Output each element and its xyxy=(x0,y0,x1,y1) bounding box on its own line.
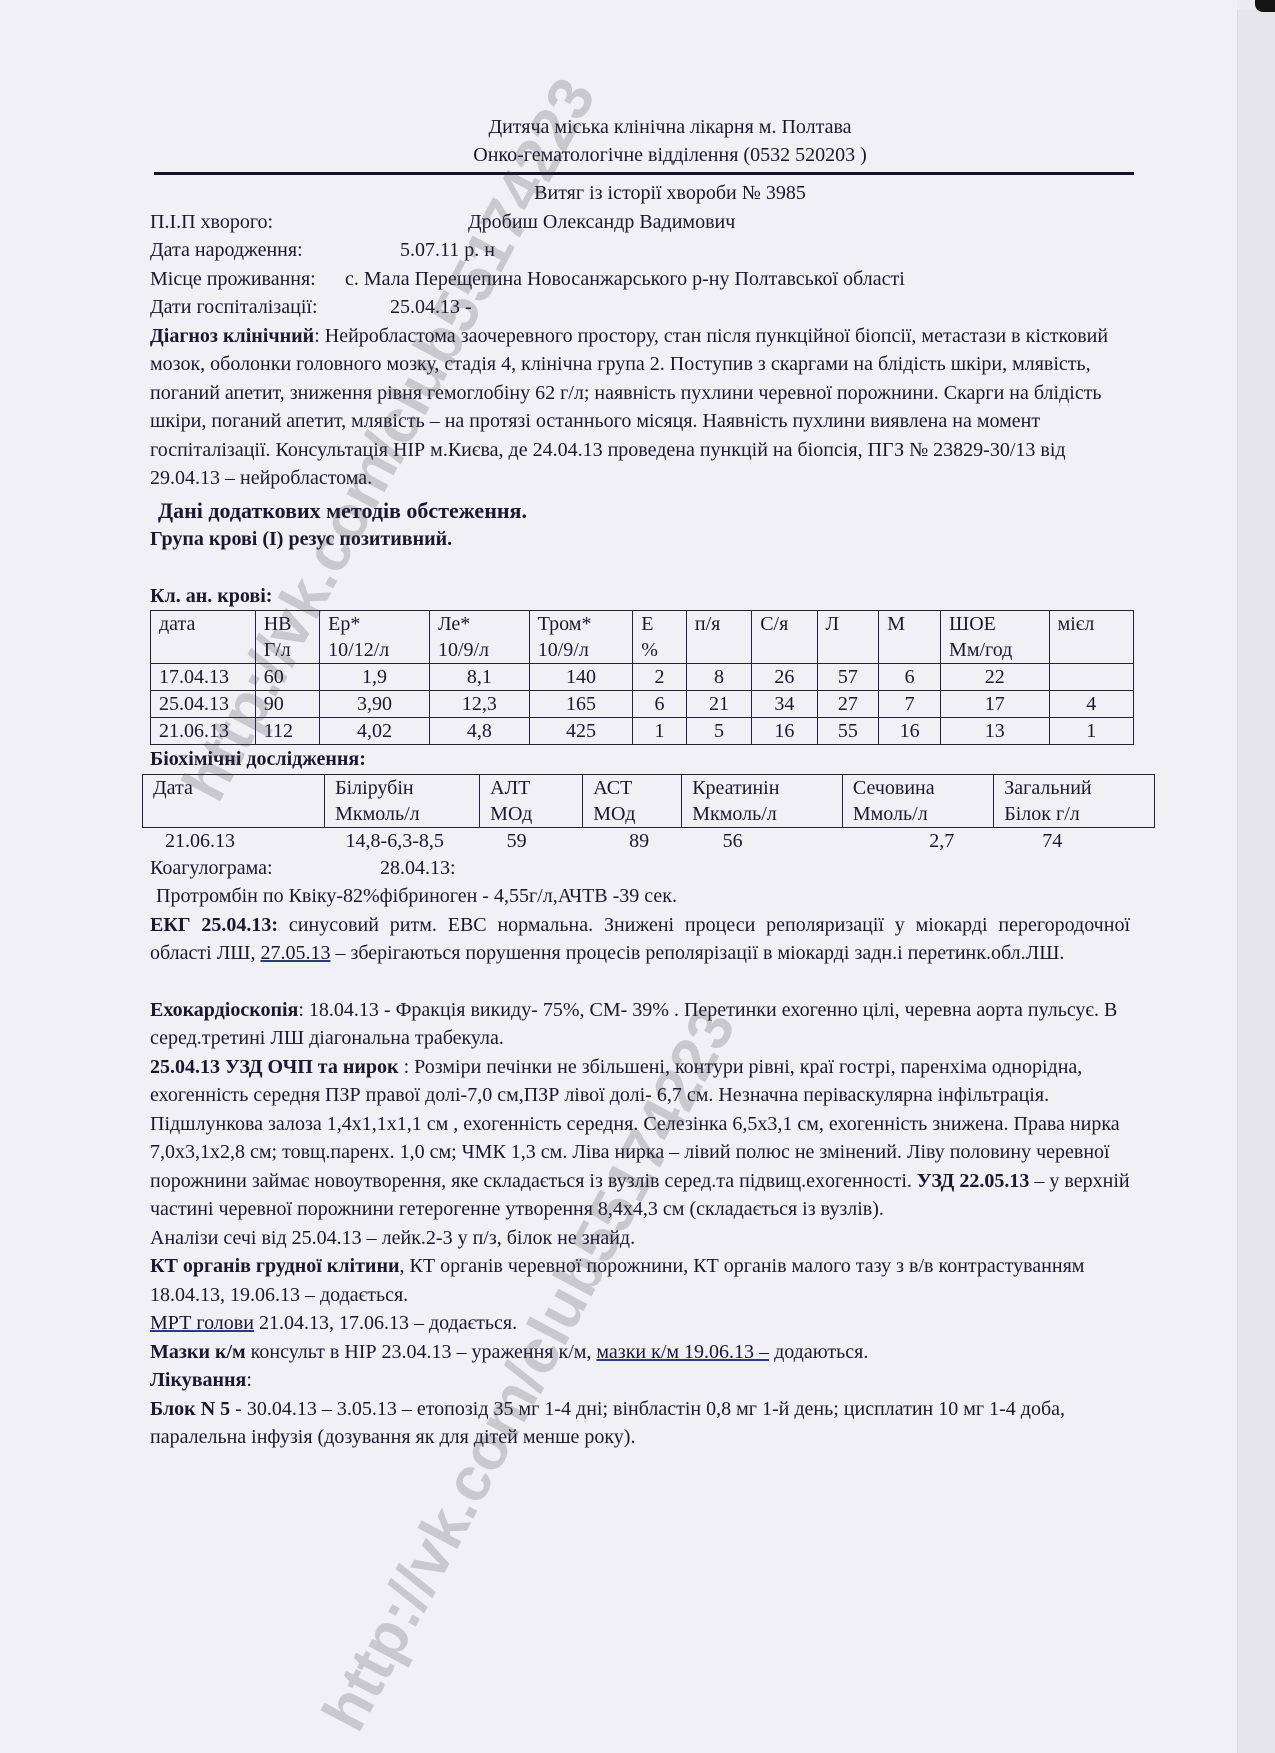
cbc-cell: 112 xyxy=(255,718,319,745)
cbc-cell: 4,02 xyxy=(320,718,430,745)
biochem-value: 59 xyxy=(497,828,600,854)
cbc-cell: 2 xyxy=(633,664,687,691)
cbc-cell: 1,9 xyxy=(320,664,430,691)
echocardioscopy: Ехокардіоскопія: 18.04.13 - Фракція вики… xyxy=(150,996,1130,1053)
cbc-cell: 5 xyxy=(686,718,751,745)
patient-name-row: П.І.П хворого: Дробиш Олександр Вадимови… xyxy=(150,208,1130,237)
treatment-block: Блок N 5 - 30.04.13 – 3.05.13 – етопозід… xyxy=(150,1395,1130,1452)
cbc-cell: 425 xyxy=(529,718,632,745)
cbc-row: 21.06.131124,024,842515165516131 xyxy=(151,718,1134,745)
cbc-cell: 1 xyxy=(633,718,687,745)
scanner-corner xyxy=(1255,0,1275,12)
treatment-heading: Лікування: xyxy=(150,1366,1130,1395)
medical-record: Дитяча міська клінічна лікарня м. Полтав… xyxy=(150,0,1130,1452)
cbc-header-cell: HBГ/л xyxy=(255,611,319,664)
biochem-value: 89 xyxy=(599,828,687,854)
hospitalization-row: Дати госпіталізації: 25.04.13 - xyxy=(150,293,1130,322)
hospitalization-date: 25.04.13 - xyxy=(390,293,472,322)
cbc-cell: 1 xyxy=(1049,718,1133,745)
biochem-value: 2,7 xyxy=(854,828,1002,854)
cbc-cell: 55 xyxy=(817,718,879,745)
cbc-header-cell: Ле*10/9/л xyxy=(429,611,529,664)
cbc-cell: 12,3 xyxy=(429,691,529,718)
echo-label: Ехокардіоскопія xyxy=(150,999,298,1021)
scanner-edge xyxy=(1237,10,1275,1753)
cbc-cell: 7 xyxy=(879,691,941,718)
cbc-header-cell: дата xyxy=(151,611,256,664)
cbc-header-cell: ШОЕМм/год xyxy=(941,611,1050,664)
biochem-header-cell: СечовинаМмоль/л xyxy=(842,774,993,827)
biochem-table: ДатаБілірубінМкмоль/лАЛТМОдАСТМОдКреатин… xyxy=(142,774,1155,828)
cbc-header-cell: мієл xyxy=(1049,611,1133,664)
ultrasound: 25.04.13 УЗД ОЧП та нирок : Розміри печі… xyxy=(150,1053,1130,1224)
header-rule xyxy=(154,172,1134,175)
cbc-cell: 60 xyxy=(255,664,319,691)
cbc-cell: 17 xyxy=(941,691,1050,718)
hospital-name: Дитяча міська клінічна лікарня м. Полтав… xyxy=(210,113,1130,141)
cbc-cell: 13 xyxy=(941,718,1050,745)
usg-label: 25.04.13 УЗД ОЧП та нирок xyxy=(150,1056,399,1078)
biochem-header-cell: БілірубінМкмоль/л xyxy=(325,774,480,827)
cbc-row: 17.04.13601,98,1140282657622 xyxy=(151,664,1134,691)
biochem-header-cell: КреатинінМкмоль/л xyxy=(682,774,843,827)
cbc-cell: 90 xyxy=(255,691,319,718)
cbc-table: датаHBГ/лЕр*10/12/лЛе*10/9/лТром*10/9/лЕ… xyxy=(150,610,1134,745)
cbc-cell: 8,1 xyxy=(429,664,529,691)
birth-row: Дата народження: 5.07.11 р. н xyxy=(150,236,1130,265)
cbc-cell: 16 xyxy=(879,718,941,745)
cbc-header-cell: Тром*10/9/л xyxy=(529,611,632,664)
cbc-cell: 27 xyxy=(817,691,879,718)
cbc-header-cell: Ер*10/12/л xyxy=(320,611,430,664)
bone-marrow-smears: Мазки к/м консульт в НІР 23.04.13 – ураж… xyxy=(150,1338,1130,1367)
cbc-cell: 4 xyxy=(1049,691,1133,718)
biochem-header-cell: АЛТМОд xyxy=(480,774,583,827)
cbc-cell: 16 xyxy=(752,718,817,745)
cbc-cell: 8 xyxy=(686,664,751,691)
cbc-header-row: датаHBГ/лЕр*10/12/лЛе*10/9/лТром*10/9/лЕ… xyxy=(151,611,1134,664)
residence-label: Місце проживання: xyxy=(150,265,345,294)
cbc-cell: 6 xyxy=(633,691,687,718)
biochem-header-cell: Дата xyxy=(143,774,325,827)
cbc-cell: 140 xyxy=(529,664,632,691)
coag-date: 28.04.13: xyxy=(380,854,456,883)
residence-row: Місце проживання: с. Мала Перещепина Нов… xyxy=(150,265,1130,294)
biochem-title: Біохімічні дослідження: xyxy=(150,745,1130,774)
department-name: Онко-гематологічне відділення (0532 5202… xyxy=(210,141,1130,169)
patient-name: Дробиш Олександр Вадимович xyxy=(468,208,735,237)
cbc-cell: 165 xyxy=(529,691,632,718)
biochem-values-row: 21.06.1314,8-6,3-8,55989562,774 xyxy=(150,828,1130,854)
patient-name-label: П.І.П хворого: xyxy=(150,208,468,237)
cbc-cell: 6 xyxy=(879,664,941,691)
cbc-header-cell: С/я xyxy=(752,611,817,664)
ecg: ЕКГ 25.04.13: синусовий ритм. ЕВС нормал… xyxy=(150,911,1130,968)
cbc-header-cell: Л xyxy=(817,611,879,664)
cbc-cell: 34 xyxy=(752,691,817,718)
diagnosis-label: Діагноз клінічний xyxy=(150,325,314,347)
cbc-cell: 4,8 xyxy=(429,718,529,745)
mri: МРТ голови 21.04.13, 17.06.13 – додаєтьс… xyxy=(150,1309,1130,1338)
cbc-cell: 25.04.13 xyxy=(151,691,256,718)
cbc-header-cell: Е% xyxy=(633,611,687,664)
biochem-value: 21.06.13 xyxy=(150,828,336,854)
cbc-cell: 22 xyxy=(941,664,1050,691)
biochem-value: 74 xyxy=(1002,828,1130,854)
cbc-title: Кл. ан. крові: xyxy=(150,582,1130,611)
birth-label: Дата народження: xyxy=(150,236,400,265)
biochem-header-row: ДатаБілірубінМкмоль/лАЛТМОдАСТМОдКреатин… xyxy=(143,774,1155,827)
coag-text: Протромбін по Квіку-82%фібриноген - 4,55… xyxy=(156,882,1130,911)
cbc-cell: 21 xyxy=(686,691,751,718)
blood-group: Група крові (I) резус позитивний. xyxy=(150,525,1130,554)
hospitalization-label: Дати госпіталізації: xyxy=(150,293,390,322)
ct-scan: КТ органів грудної клітини, КТ органів ч… xyxy=(150,1252,1130,1309)
cbc-cell: 26 xyxy=(752,664,817,691)
coag-label: Коагулограма: xyxy=(150,854,380,883)
cbc-cell: 21.06.13 xyxy=(151,718,256,745)
cbc-header-cell: М xyxy=(879,611,941,664)
urine-analysis: Аналізи сечі від 25.04.13 – лейк.2-3 у п… xyxy=(150,1224,1130,1253)
cbc-cell xyxy=(1049,664,1133,691)
document-title: Витяг із історії хвороби № 3985 xyxy=(210,179,1130,208)
cbc-header-cell: п/я xyxy=(686,611,751,664)
diagnosis: Діагноз клінічний: Нейробластома заочере… xyxy=(150,322,1130,493)
cbc-row: 25.04.13903,9012,316562134277174 xyxy=(151,691,1134,718)
residence: с. Мала Перещепина Новосанжарського р-ну… xyxy=(345,265,905,294)
cbc-cell: 17.04.13 xyxy=(151,664,256,691)
additional-heading: Дані додаткових методів обстеження. xyxy=(158,497,1130,526)
biochem-header-cell: АСТМОд xyxy=(583,774,682,827)
biochem-value: 56 xyxy=(688,828,855,854)
cbc-cell: 3,90 xyxy=(320,691,430,718)
cbc-cell: 57 xyxy=(817,664,879,691)
ecg-label: ЕКГ 25.04.13: xyxy=(150,914,278,936)
birth-date: 5.07.11 р. н xyxy=(400,236,495,265)
biochem-value: 14,8-6,3-8,5 xyxy=(336,828,497,854)
coag-row: Коагулограма: 28.04.13: xyxy=(150,854,1130,883)
biochem-header-cell: ЗагальнийБілок г/л xyxy=(994,774,1155,827)
hospital-header: Дитяча міська клінічна лікарня м. Полтав… xyxy=(210,113,1130,169)
